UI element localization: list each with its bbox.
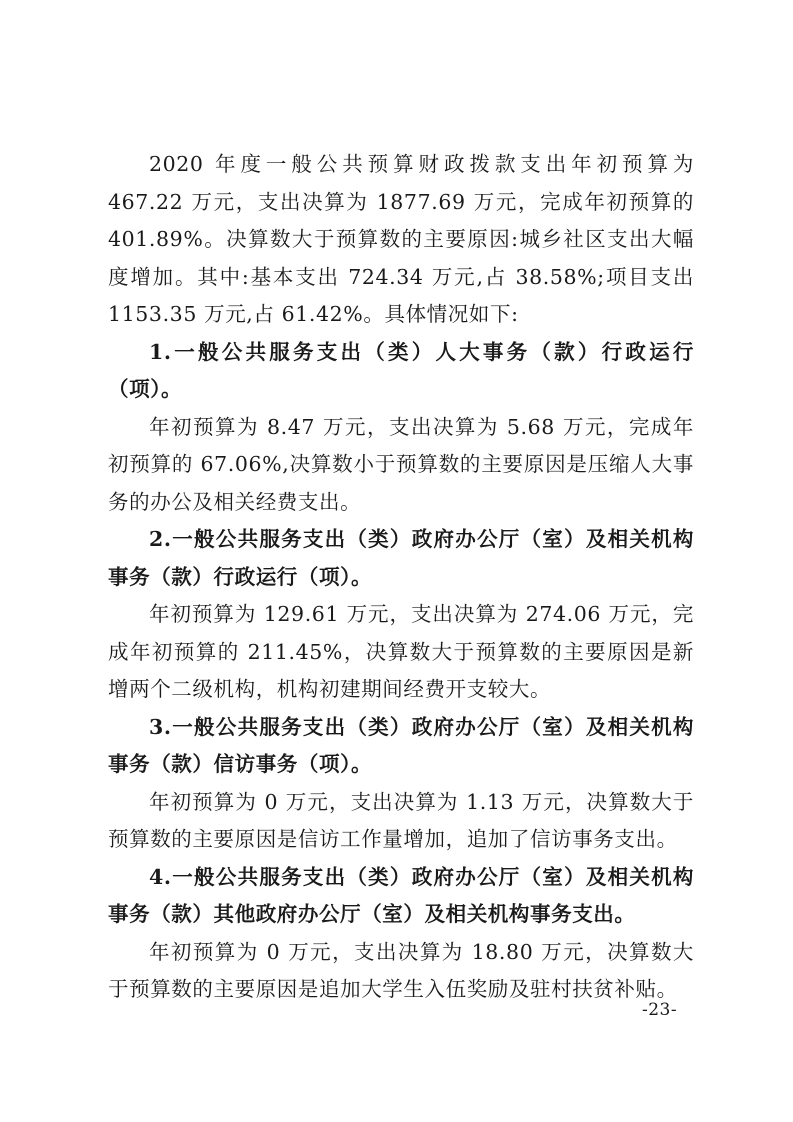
item-4-heading: 4.一般公共服务支出（类）政府办公厅（室）及相关机构事务（款）其他政府办公厅（室…	[108, 859, 694, 934]
document-page: 2020 年度一般公共预算财政拨款支出年初预算为 467.22 万元，支出决算为…	[108, 146, 694, 1009]
page-number: -23-	[642, 1000, 677, 1020]
item-3-body: 年初预算为 0 万元，支出决算为 1.13 万元，决算数大于预算数的主要原因是信…	[108, 784, 694, 859]
intro-paragraph: 2020 年度一般公共预算财政拨款支出年初预算为 467.22 万元，支出决算为…	[108, 146, 694, 334]
item-2-heading: 2.一般公共服务支出（类）政府办公厅（室）及相关机构事务（款）行政运行（项）。	[108, 521, 694, 596]
item-4-body: 年初预算为 0 万元，支出决算为 18.80 万元，决算数大于预算数的主要原因是…	[108, 934, 694, 1009]
item-1-body: 年初预算为 8.47 万元，支出决算为 5.68 万元，完成年初预算的 67.0…	[108, 409, 694, 522]
item-1-heading: 1.一般公共服务支出（类）人大事务（款）行政运行（项）。	[108, 334, 694, 409]
item-3-heading: 3.一般公共服务支出（类）政府办公厅（室）及相关机构事务（款）信访事务（项）。	[108, 709, 694, 784]
item-2-body: 年初预算为 129.61 万元，支出决算为 274.06 万元，完成年初预算的 …	[108, 596, 694, 709]
